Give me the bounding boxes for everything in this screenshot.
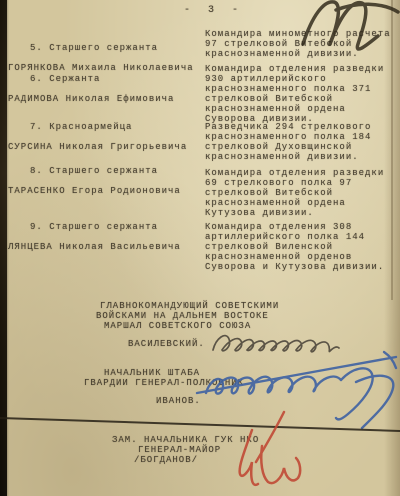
scan-edge-left [0, 0, 7, 496]
entry-7-rank: 7. Красноармейца [8, 122, 206, 132]
chief-name: ИВАНОВ. [156, 396, 201, 406]
entry-9-description: Командира отделения 308 артиллерийского … [205, 222, 397, 272]
entry-8-name: ТАРАСЕНКО Егора Родионовича [8, 186, 206, 196]
commander-name: ВАСИЛЕВСКИЙ. [128, 339, 205, 349]
deputy-title-line1: ЗАМ. НАЧАЛЬНИКА ГУК НКО [112, 435, 259, 445]
entry-8-rank: 8. Старшего сержанта [8, 166, 206, 176]
entry-9-name: ЛЯНЦЕВА Николая Васильевича [8, 242, 206, 252]
deputy-title-line2: ГЕНЕРАЛ-МАЙОР [138, 445, 221, 455]
entry-6-rank: 6. Сержанта [8, 74, 206, 84]
ivanov-signature-icon [197, 352, 396, 428]
entry-8-description: Командира отделения разведки 69 стрелков… [205, 168, 397, 218]
commander-title-line1: ГЛАВНОКОМАНДУЮЩИЙ СОВЕТСКИМИ [100, 301, 279, 311]
page-number: - 3 - [184, 6, 244, 16]
chief-title-line1: НАЧАЛЬНИК ШТАБА [104, 368, 200, 378]
vasilevsky-signature-icon [213, 336, 339, 352]
scanned-document-page: - 3 - 5. Старшего сержанта ГОРЯНКОВА Мих… [0, 0, 400, 496]
entry-5-description: Командира минометного расчета 97 стрелко… [205, 29, 397, 59]
entry-7-description: Разведчика 294 стрелкового краснознаменн… [205, 122, 397, 162]
page-divider-line [0, 418, 400, 431]
entry-9-left: 9. Старшего сержанта ЛЯНЦЕВА Николая Вас… [8, 212, 206, 262]
commander-title-line3: МАРШАЛ СОВЕТСКОГО СОЮЗА [104, 321, 251, 331]
entry-8-left: 8. Старшего сержанта ТАРАСЕНКО Егора Род… [8, 156, 206, 206]
entry-6-description: Командира отделения разведки 930 артилле… [205, 64, 397, 124]
commander-title-line2: ВОЙСКАМИ НА ДАЛЬНЕМ ВОСТОКЕ [96, 311, 269, 321]
chief-title-line2: ГВАРДИИ ГЕНЕРАЛ-ПОЛКОВНИК [84, 378, 244, 388]
deputy-name: /БОГДАНОВ/ [134, 455, 198, 465]
bogdanov-signature-icon [240, 412, 301, 485]
entry-6-name: РАДИМОВА Николая Ефимовича [8, 94, 206, 104]
entry-9-rank: 9. Старшего сержанта [8, 222, 206, 232]
entry-6-left: 6. Сержанта РАДИМОВА Николая Ефимовича [8, 64, 206, 114]
entry-7-name: СУРСИНА Николая Григорьевича [8, 142, 206, 152]
entry-5-rank: 5. Старшего сержанта [8, 43, 206, 53]
entry-7-left: 7. Красноармейца СУРСИНА Николая Григорь… [8, 112, 206, 162]
